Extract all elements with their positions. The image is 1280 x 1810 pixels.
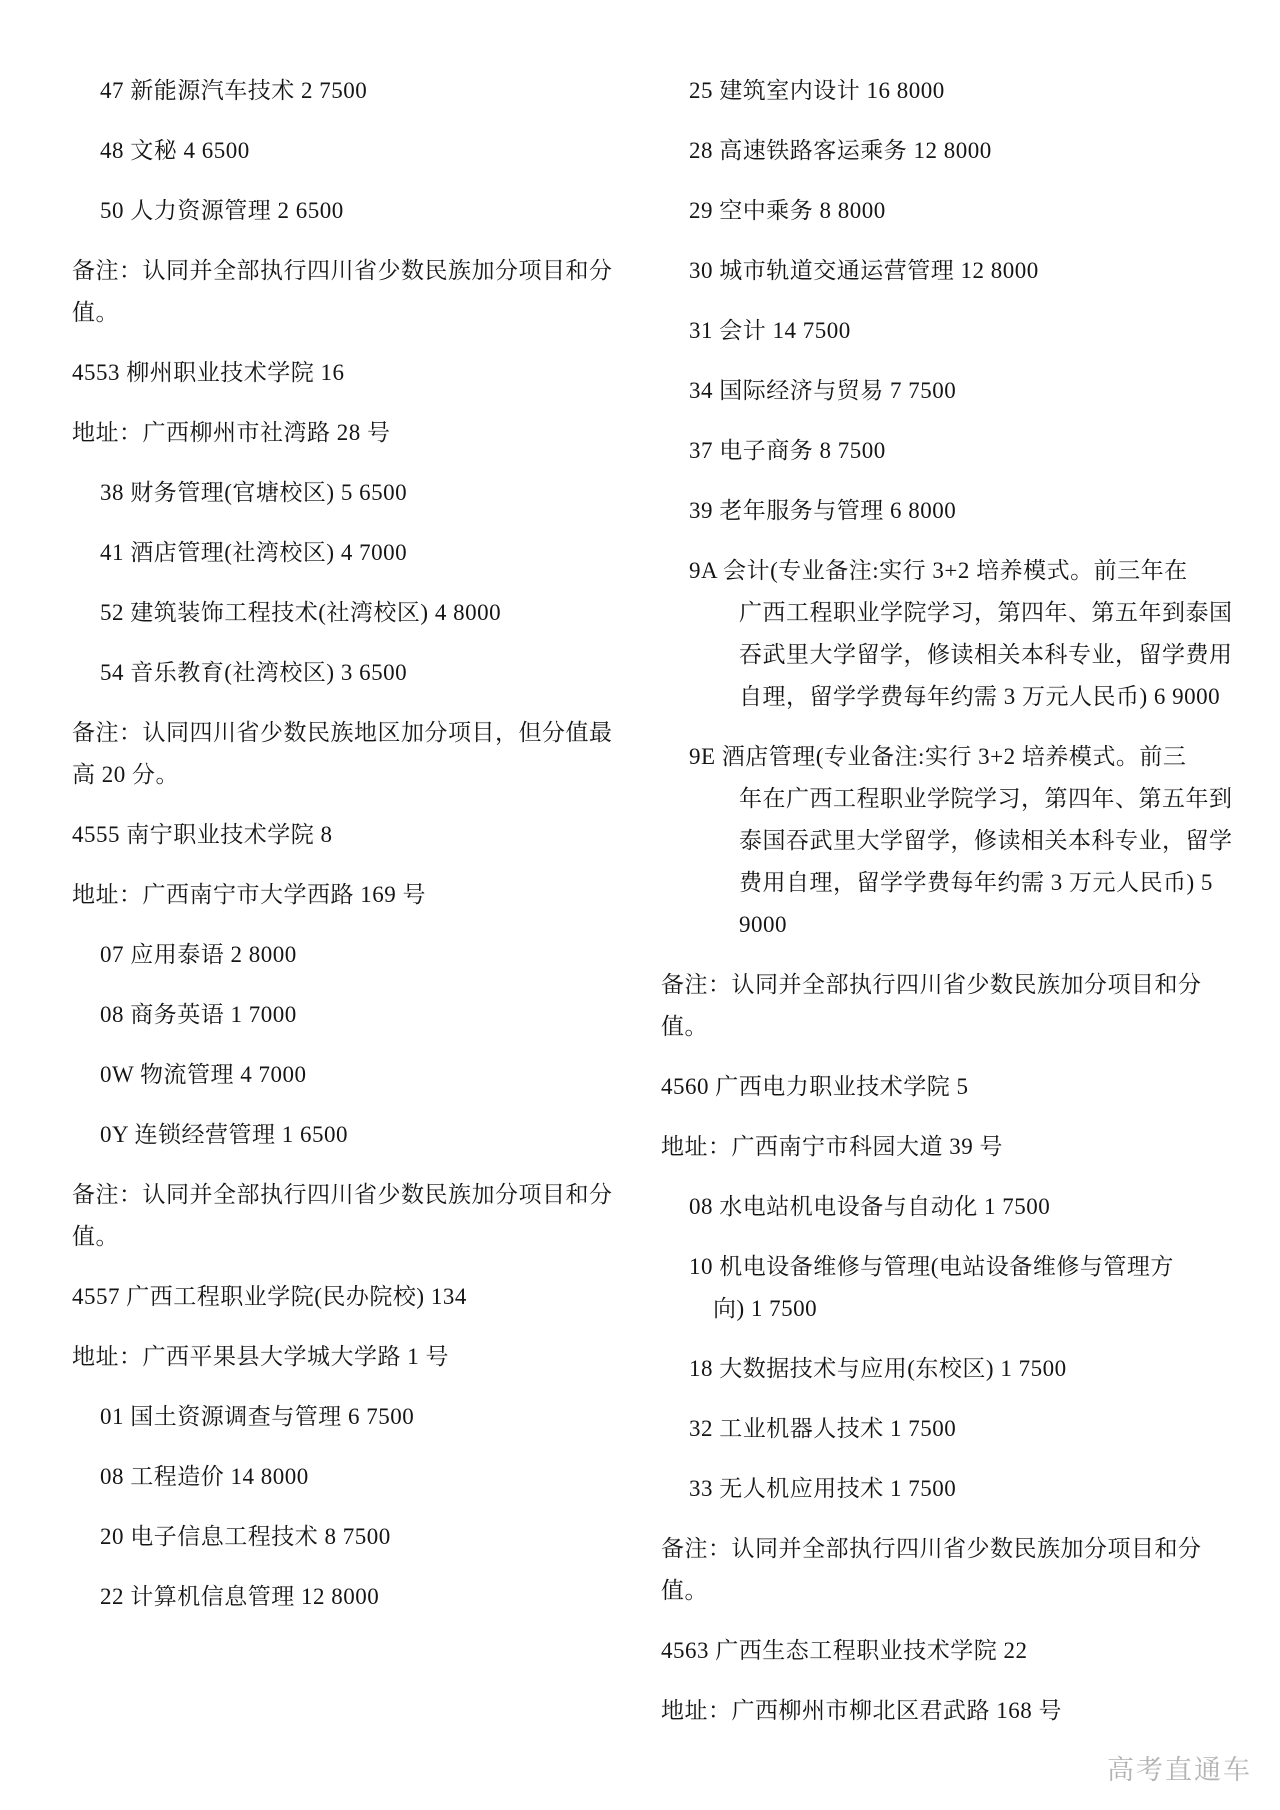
course-line: 50 人力资源管理 2 6500 [72, 190, 630, 232]
note-line: 备注：认同并全部执行四川省少数民族加分项目和分 [72, 250, 630, 292]
address-line: 地址：广西平果县大学城大学路 1 号 [72, 1336, 630, 1378]
course-line-block: 38 财务管理(官塘校区) 5 6500 [72, 472, 630, 514]
course-line: 47 新能源汽车技术 2 7500 [72, 70, 630, 112]
address-line-block: 地址：广西平果县大学城大学路 1 号 [72, 1336, 630, 1378]
note-line-block: 备注：认同四川省少数民族地区加分项目，但分值最高 20 分。 [72, 712, 630, 796]
course-line-block: 41 酒店管理(社湾校区) 4 7000 [72, 532, 630, 574]
course-line-block: 54 音乐教育(社湾校区) 3 6500 [72, 652, 630, 694]
course-line: 07 应用泰语 2 8000 [72, 934, 630, 976]
course-line-block: 28 高速铁路客运乘务 12 8000 [661, 130, 1227, 172]
course-line: 33 无人机应用技术 1 7500 [661, 1468, 1227, 1510]
address-line-block: 地址：广西柳州市柳北区君武路 168 号 [661, 1690, 1227, 1732]
course-line-continuation: 9000 [661, 904, 1227, 946]
document-page: 47 新能源汽车技术 2 750048 文秘 4 650050 人力资源管理 2… [0, 0, 1280, 1810]
left-column: 47 新能源汽车技术 2 750048 文秘 4 650050 人力资源管理 2… [72, 70, 630, 1636]
course-line: 39 老年服务与管理 6 8000 [661, 490, 1227, 532]
address-line-block: 地址：广西柳州市社湾路 28 号 [72, 412, 630, 454]
course-line-block: 0W 物流管理 4 7000 [72, 1054, 630, 1096]
course-line-block: 31 会计 14 7500 [661, 310, 1227, 352]
note-line-continuation: 高 20 分。 [72, 754, 630, 796]
course-line: 28 高速铁路客运乘务 12 8000 [661, 130, 1227, 172]
note-line-block: 备注：认同并全部执行四川省少数民族加分项目和分值。 [72, 1174, 630, 1258]
course-line-block: 9E 酒店管理(专业备注:实行 3+2 培养模式。前三年在广西工程职业学院学习，… [661, 736, 1227, 946]
address-line: 地址：广西南宁市科园大道 39 号 [661, 1126, 1227, 1168]
course-line-block: 52 建筑装饰工程技术(社湾校区) 4 8000 [72, 592, 630, 634]
address-line: 地址：广西柳州市柳北区君武路 168 号 [661, 1690, 1227, 1732]
address-line-block: 地址：广西南宁市大学西路 169 号 [72, 874, 630, 916]
note-line-continuation: 值。 [72, 1216, 630, 1258]
school-line: 4553 柳州职业技术学院 16 [72, 352, 630, 394]
course-line: 0W 物流管理 4 7000 [72, 1054, 630, 1096]
course-line-block: 25 建筑室内设计 16 8000 [661, 70, 1227, 112]
course-line: 10 机电设备维修与管理(电站设备维修与管理方 [661, 1246, 1227, 1288]
note-line-block: 备注：认同并全部执行四川省少数民族加分项目和分值。 [661, 1528, 1227, 1612]
note-line-continuation: 值。 [661, 1570, 1227, 1612]
school-line-block: 4555 南宁职业技术学院 8 [72, 814, 630, 856]
course-line: 20 电子信息工程技术 8 7500 [72, 1516, 630, 1558]
course-line: 41 酒店管理(社湾校区) 4 7000 [72, 532, 630, 574]
course-line-block: 22 计算机信息管理 12 8000 [72, 1576, 630, 1618]
course-line: 29 空中乘务 8 8000 [661, 190, 1227, 232]
course-line: 0Y 连锁经营管理 1 6500 [72, 1114, 630, 1156]
course-line-block: 07 应用泰语 2 8000 [72, 934, 630, 976]
course-line-block: 29 空中乘务 8 8000 [661, 190, 1227, 232]
course-line: 9E 酒店管理(专业备注:实行 3+2 培养模式。前三 [661, 736, 1227, 778]
course-line-continuation: 广西工程职业学院学习，第四年、第五年到泰国 [661, 592, 1227, 634]
address-line: 地址：广西柳州市社湾路 28 号 [72, 412, 630, 454]
school-line: 4563 广西生态工程职业技术学院 22 [661, 1630, 1227, 1672]
watermark: 高考直通车 [1107, 1752, 1252, 1788]
school-line-block: 4560 广西电力职业技术学院 5 [661, 1066, 1227, 1108]
course-line-block: 08 工程造价 14 8000 [72, 1456, 630, 1498]
school-line: 4555 南宁职业技术学院 8 [72, 814, 630, 856]
course-line-block: 37 电子商务 8 7500 [661, 430, 1227, 472]
course-line: 52 建筑装饰工程技术(社湾校区) 4 8000 [72, 592, 630, 634]
course-line: 9A 会计(专业备注:实行 3+2 培养模式。前三年在 [661, 550, 1227, 592]
address-line: 地址：广西南宁市大学西路 169 号 [72, 874, 630, 916]
course-line-continuation: 吞武里大学留学，修读相关本科专业，留学费用 [661, 634, 1227, 676]
course-line-continuation: 向) 1 7500 [661, 1288, 1227, 1330]
note-line-continuation: 值。 [72, 292, 630, 334]
note-line-block: 备注：认同并全部执行四川省少数民族加分项目和分值。 [72, 250, 630, 334]
school-line-block: 4563 广西生态工程职业技术学院 22 [661, 1630, 1227, 1672]
course-line: 01 国土资源调查与管理 6 7500 [72, 1396, 630, 1438]
course-line: 08 工程造价 14 8000 [72, 1456, 630, 1498]
course-line-block: 39 老年服务与管理 6 8000 [661, 490, 1227, 532]
course-line: 25 建筑室内设计 16 8000 [661, 70, 1227, 112]
note-line: 备注：认同并全部执行四川省少数民族加分项目和分 [661, 964, 1227, 1006]
course-line-block: 9A 会计(专业备注:实行 3+2 培养模式。前三年在广西工程职业学院学习，第四… [661, 550, 1227, 718]
course-line: 32 工业机器人技术 1 7500 [661, 1408, 1227, 1450]
course-line-continuation: 年在广西工程职业学院学习，第四年、第五年到 [661, 778, 1227, 820]
right-column: 25 建筑室内设计 16 800028 高速铁路客运乘务 12 800029 空… [661, 70, 1227, 1750]
course-line-block: 08 商务英语 1 7000 [72, 994, 630, 1036]
school-line-block: 4553 柳州职业技术学院 16 [72, 352, 630, 394]
course-line: 30 城市轨道交通运营管理 12 8000 [661, 250, 1227, 292]
course-line-continuation: 自理，留学学费每年约需 3 万元人民币) 6 9000 [661, 676, 1227, 718]
course-line: 22 计算机信息管理 12 8000 [72, 1576, 630, 1618]
course-line-block: 30 城市轨道交通运营管理 12 8000 [661, 250, 1227, 292]
note-line: 备注：认同四川省少数民族地区加分项目，但分值最 [72, 712, 630, 754]
course-line: 48 文秘 4 6500 [72, 130, 630, 172]
course-line-block: 48 文秘 4 6500 [72, 130, 630, 172]
course-line: 37 电子商务 8 7500 [661, 430, 1227, 472]
course-line-block: 33 无人机应用技术 1 7500 [661, 1468, 1227, 1510]
note-line: 备注：认同并全部执行四川省少数民族加分项目和分 [661, 1528, 1227, 1570]
note-line-block: 备注：认同并全部执行四川省少数民族加分项目和分值。 [661, 964, 1227, 1048]
course-line: 08 水电站机电设备与自动化 1 7500 [661, 1186, 1227, 1228]
course-line-block: 0Y 连锁经营管理 1 6500 [72, 1114, 630, 1156]
note-line: 备注：认同并全部执行四川省少数民族加分项目和分 [72, 1174, 630, 1216]
course-line-block: 08 水电站机电设备与自动化 1 7500 [661, 1186, 1227, 1228]
course-line: 54 音乐教育(社湾校区) 3 6500 [72, 652, 630, 694]
course-line-block: 47 新能源汽车技术 2 7500 [72, 70, 630, 112]
course-line-block: 50 人力资源管理 2 6500 [72, 190, 630, 232]
note-line-continuation: 值。 [661, 1006, 1227, 1048]
school-line: 4560 广西电力职业技术学院 5 [661, 1066, 1227, 1108]
course-line-block: 18 大数据技术与应用(东校区) 1 7500 [661, 1348, 1227, 1390]
course-line: 18 大数据技术与应用(东校区) 1 7500 [661, 1348, 1227, 1390]
course-line-block: 20 电子信息工程技术 8 7500 [72, 1516, 630, 1558]
course-line-block: 34 国际经济与贸易 7 7500 [661, 370, 1227, 412]
school-line: 4557 广西工程职业学院(民办院校) 134 [72, 1276, 630, 1318]
course-line-block: 32 工业机器人技术 1 7500 [661, 1408, 1227, 1450]
course-line-continuation: 费用自理，留学学费每年约需 3 万元人民币) 5 [661, 862, 1227, 904]
course-line-block: 10 机电设备维修与管理(电站设备维修与管理方向) 1 7500 [661, 1246, 1227, 1330]
course-line: 31 会计 14 7500 [661, 310, 1227, 352]
course-line-continuation: 泰国吞武里大学留学，修读相关本科专业，留学 [661, 820, 1227, 862]
course-line: 08 商务英语 1 7000 [72, 994, 630, 1036]
address-line-block: 地址：广西南宁市科园大道 39 号 [661, 1126, 1227, 1168]
school-line-block: 4557 广西工程职业学院(民办院校) 134 [72, 1276, 630, 1318]
course-line: 34 国际经济与贸易 7 7500 [661, 370, 1227, 412]
course-line: 38 财务管理(官塘校区) 5 6500 [72, 472, 630, 514]
course-line-block: 01 国土资源调查与管理 6 7500 [72, 1396, 630, 1438]
